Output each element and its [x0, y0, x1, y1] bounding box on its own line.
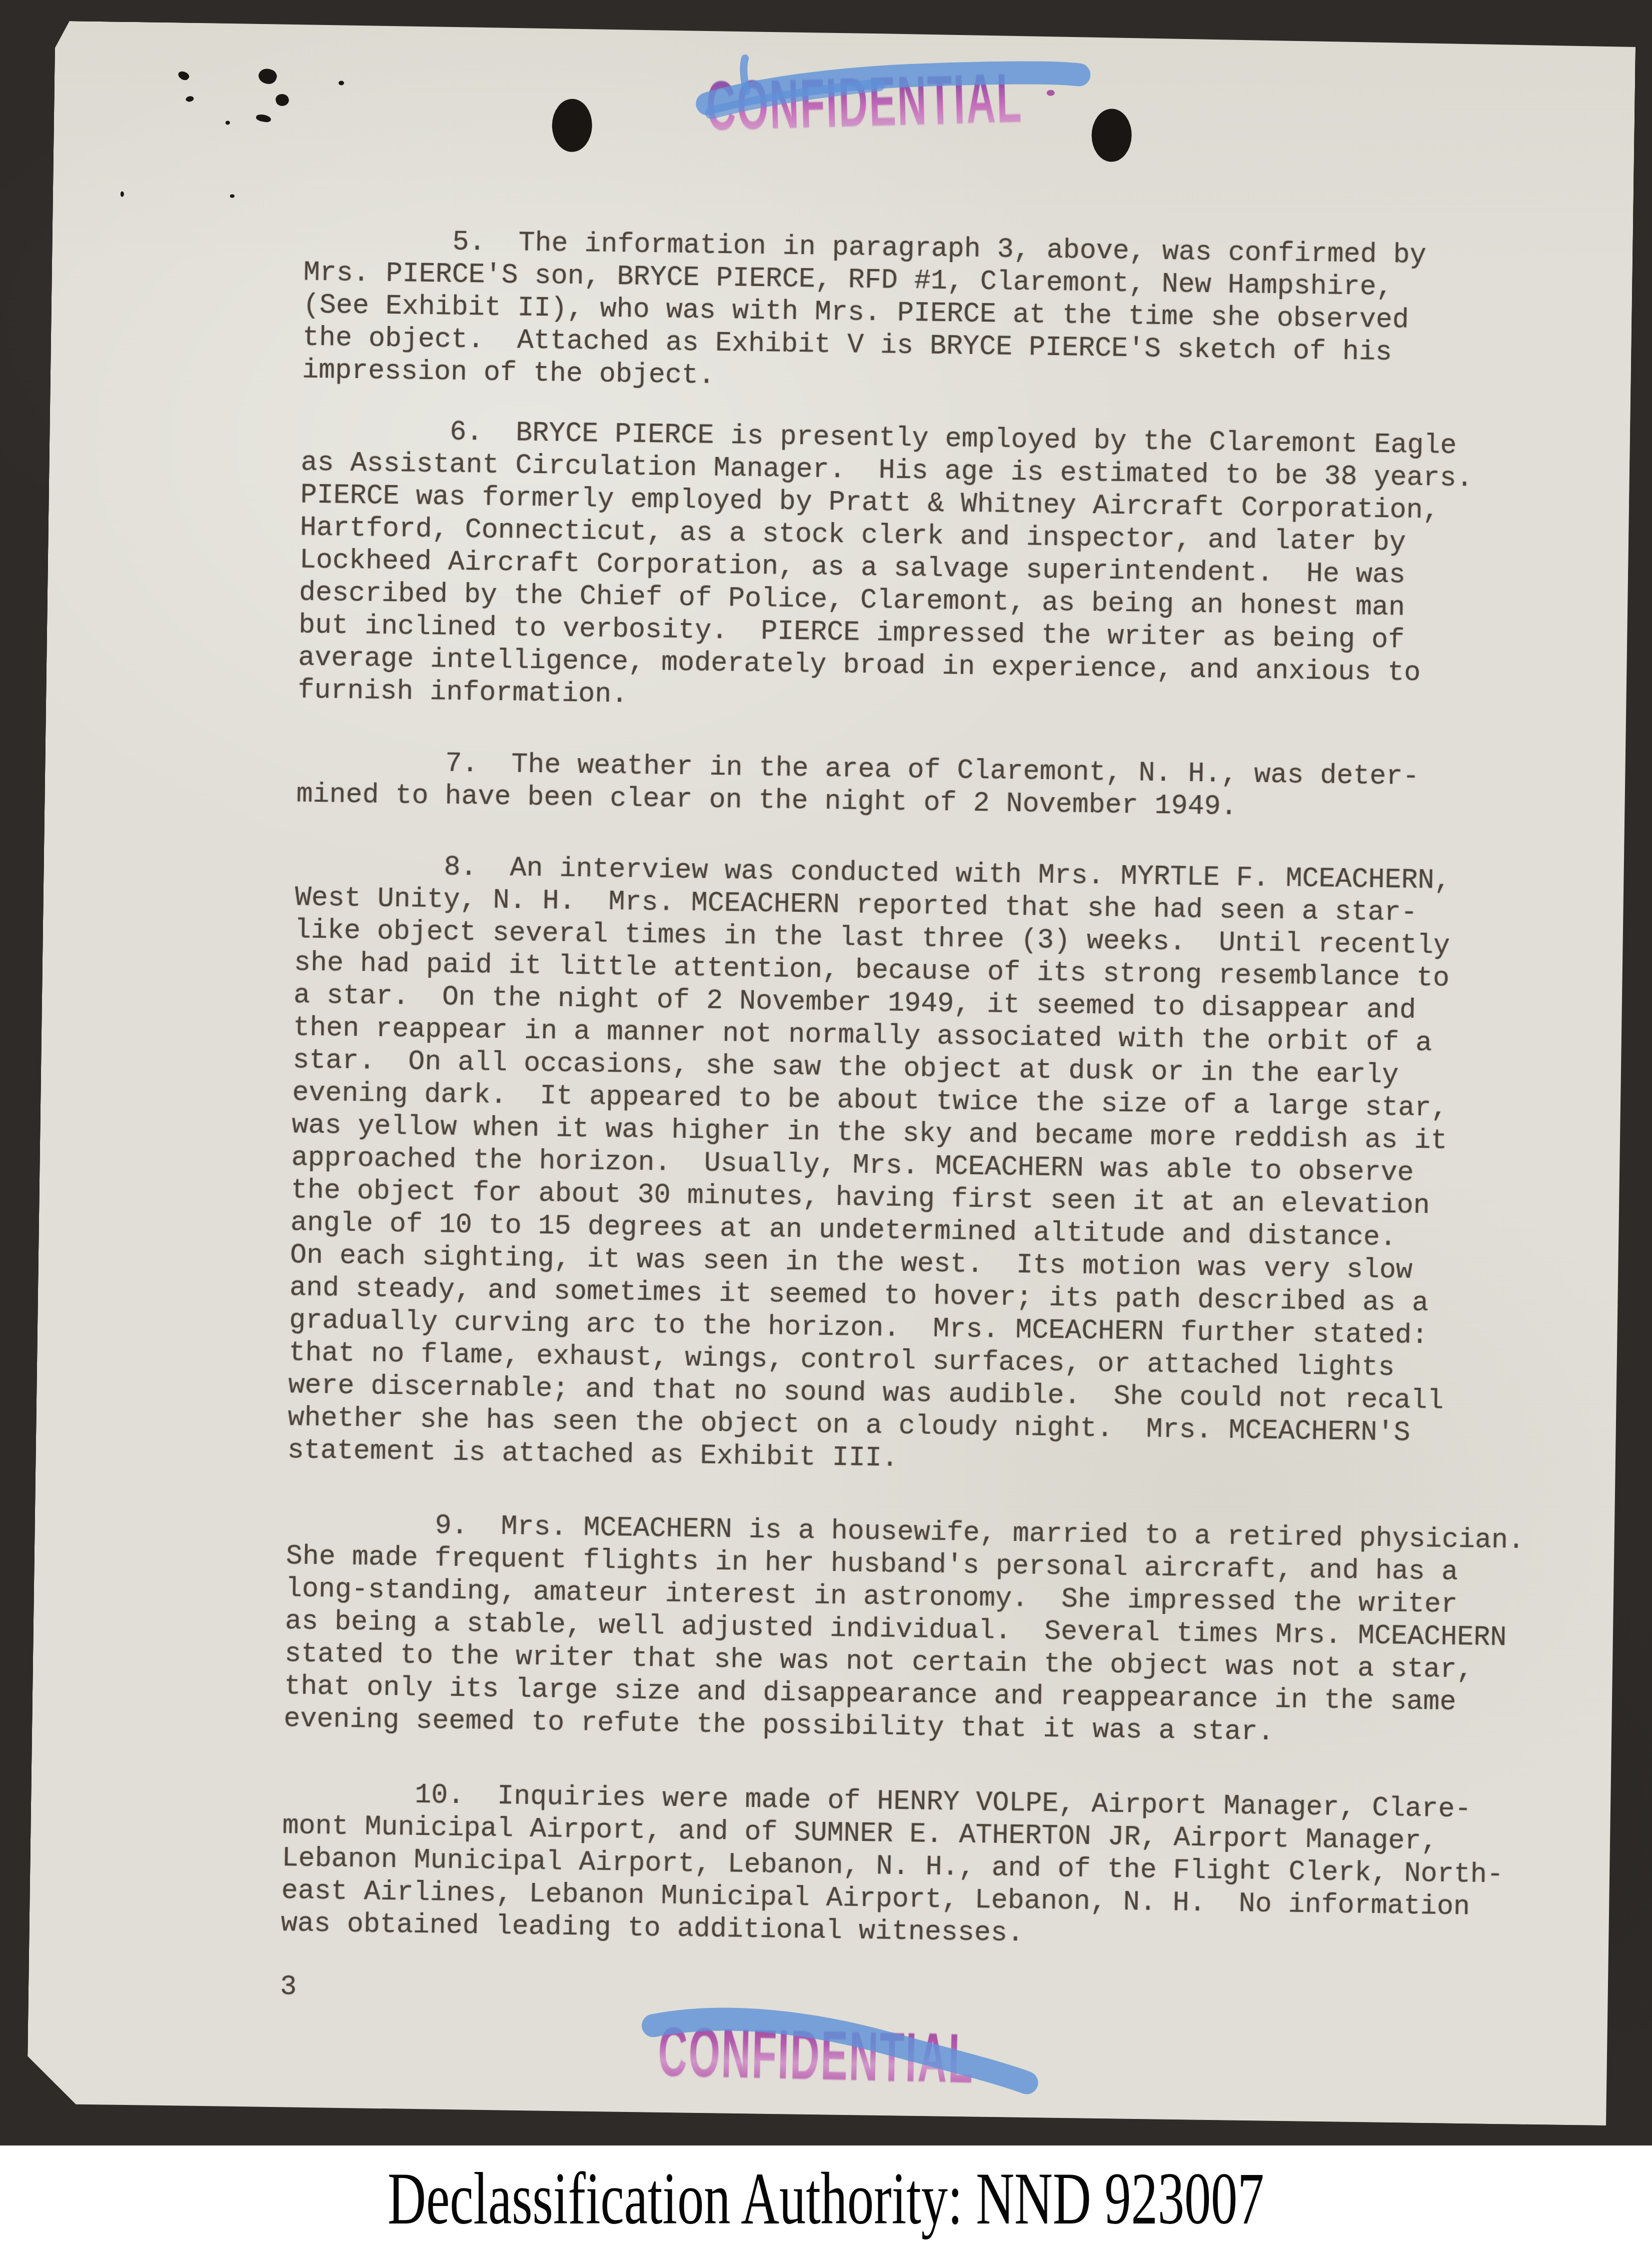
- confidential-stamp-top: CONFIDENTIAL: [705, 63, 1023, 142]
- paragraph-10: 10. Inquiries were made of HENRY VOLPE, …: [281, 1777, 1504, 1956]
- stamp-ink-fleck: [1047, 90, 1055, 96]
- paragraph-7: 7. The weather in the area of Claremont,…: [296, 745, 1419, 826]
- document-paper: 5. The information in paragraph 3, above…: [27, 21, 1635, 2128]
- scanned-document-page: { "colors": { "bg": "#2e2b28", "paper": …: [0, 0, 1652, 2253]
- ink-speck: [226, 121, 230, 125]
- ink-speck: [230, 194, 235, 198]
- paragraph-9: 9. Mrs. MCEACHERN is a housewife, marrie…: [284, 1507, 1524, 1752]
- paragraph-6: 6. BRYCE PIERCE is presently employed by…: [298, 414, 1473, 722]
- ink-speck: [177, 69, 190, 82]
- declassification-authority-label: Declassification Authority: NND 923007: [388, 2156, 1264, 2242]
- hole-punch-right: [1091, 109, 1132, 162]
- confidential-stamp-bottom: CONFIDENTIAL: [657, 2016, 975, 2093]
- ink-speck: [186, 96, 195, 102]
- ink-speck: [275, 93, 290, 108]
- paragraph-5: 5. The information in paragraph 3, above…: [302, 224, 1427, 402]
- ink-speck: [256, 114, 272, 123]
- page-number: 3: [280, 1970, 297, 2003]
- hole-punch-left: [552, 99, 592, 152]
- paragraph-8: 8. An interview was conducted with Mrs. …: [287, 849, 1451, 1482]
- ink-speck: [257, 66, 279, 87]
- declassification-footer: Declassification Authority: NND 923007: [0, 2145, 1652, 2253]
- ink-speck: [121, 191, 124, 197]
- ink-speck: [339, 81, 344, 85]
